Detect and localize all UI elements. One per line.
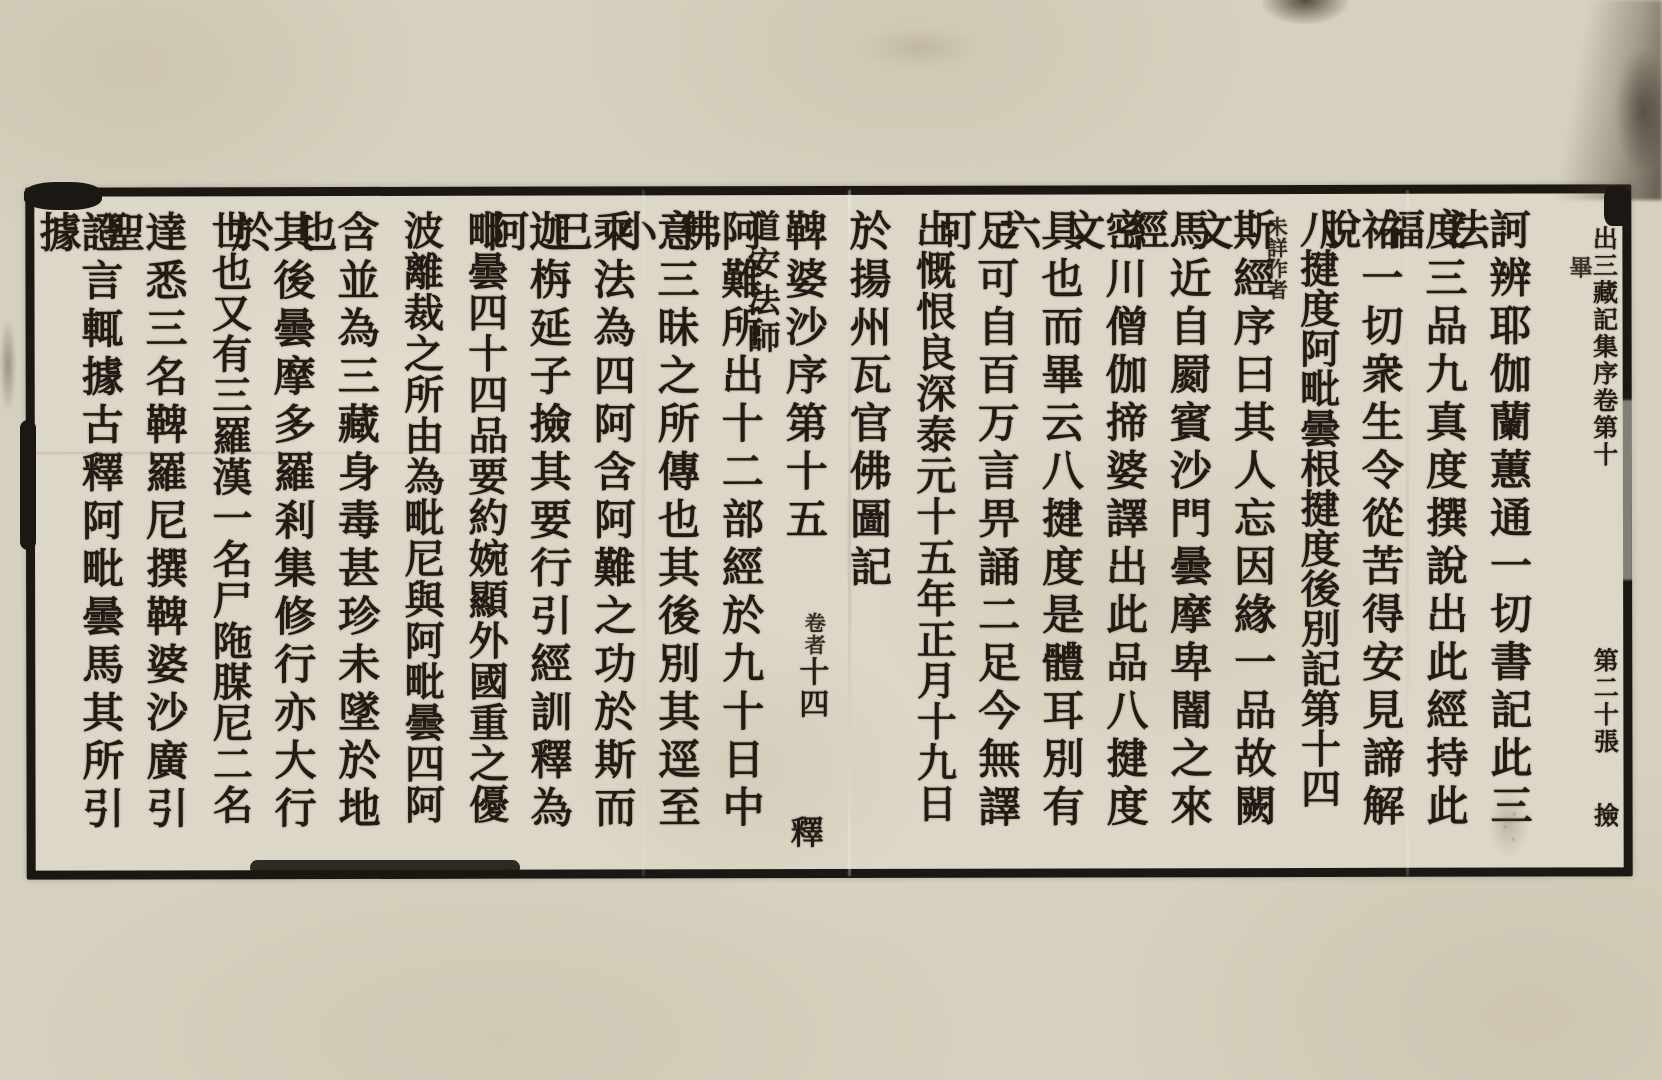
text-column-15: 乘法為四阿含阿難之功於斯而已 (568, 203, 633, 859)
text-column-06: 馬近自罽賓沙門曇摩卑闇之來經 (1144, 202, 1209, 858)
text-column-04: 八揵度阿毗曇根揵度後別記第十四 未詳作者 (1272, 202, 1337, 858)
ink-stain (1262, 0, 1348, 24)
section-title: 八揵度阿毗曇根揵度後別記第十四 (1293, 208, 1341, 808)
annotation-left: 卷者 (795, 612, 825, 656)
column-note: 未詳作者 (1264, 216, 1289, 300)
text-column-03: 祐一切衆生令從苦得安見諦解脫 (1336, 202, 1401, 858)
section-title: 鞞婆沙序第十五 (779, 209, 829, 545)
text-column-01: 訶辨耶伽蘭蕙通一切書記此三法 (1464, 202, 1529, 858)
paper-stain (860, 28, 980, 68)
border-frame: 出三藏記集序卷第十 第二十張 撿 畢 訶辨耶伽蘭蕙通一切書記此三法 度三品九真度… (25, 184, 1632, 879)
text-column-10: 出慨恨良深泰元十五年正月十九日 (888, 203, 953, 859)
text-column-21: 世也又有三羅漢一名尸陁腜尼二名 (184, 204, 249, 860)
sheet-number-label: 第二十張 (1590, 647, 1619, 755)
text-column-07: 密川僧伽揥婆譯出此品八揵度文 (1080, 202, 1145, 858)
work-title: 出三藏記集序卷第十 (1589, 225, 1619, 468)
text-column-12: 鞞婆沙序第十五 十四卷者 釋道安法師 (760, 203, 825, 859)
text-column-09: 足可自百万言畀誦二足今無譯可 (952, 203, 1017, 859)
text-column-05: 斯經序曰其人忘因緣一品故闕文 (1208, 202, 1273, 858)
text-column-18: 波離裁之所由為毗尼與阿毗曇四阿 (376, 204, 441, 860)
tail-mark: 畢 (1565, 255, 1592, 280)
text-column-13: 阿難所出十二部經於九十日中佛 (696, 203, 761, 859)
text-column-19: 含並為三藏身毒甚珍未墜於地也 (312, 204, 377, 860)
text-column-20: 其後曇摩多羅剎集修行亦大行於 (248, 204, 313, 860)
manuscript-page: 出三藏記集序卷第十 第二十張 撿 畢 訶辨耶伽蘭蕙通一切書記此三法 度三品九真度… (0, 0, 1662, 1080)
text-column-17: 毗曇四十四品要約婉顯外國重之優 (440, 204, 505, 860)
page-edge-stain (1532, 0, 1662, 200)
inline-annotation: 十四卷者 (795, 604, 825, 720)
text-column-22: 達悉三名鞞羅尼撰鞞婆沙廣引聖 (120, 204, 185, 860)
text-column-08: 具也而畢云八揵度是體耳別有六 (1016, 202, 1081, 858)
text-column-14: 意三昧之所傳也其後別其逕至小 (632, 203, 697, 859)
text-column-11: 於揚州瓦官佛圖記 (824, 203, 889, 859)
text-column-02: 度三品九真度撰說出此經持此福 (1400, 202, 1465, 858)
text-block: 出三藏記集序卷第十 第二十張 撿 畢 訶辨耶伽蘭蕙通一切書記此三法 度三品九真度… (42, 201, 1617, 860)
annotation-right: 十四 (795, 656, 825, 720)
seal-smudge (1490, 792, 1528, 856)
text-column-16: 迦栴延子撿其要行引經訓釋為阿 (504, 204, 569, 860)
proof-mark: 撿 (1591, 802, 1620, 829)
text-column-23: 證言輒據古釋阿毗曇馬其所引據 (56, 204, 121, 860)
edge-smudge (0, 320, 16, 410)
header-column: 出三藏記集序卷第十 第二十張 撿 畢 (1528, 201, 1617, 857)
